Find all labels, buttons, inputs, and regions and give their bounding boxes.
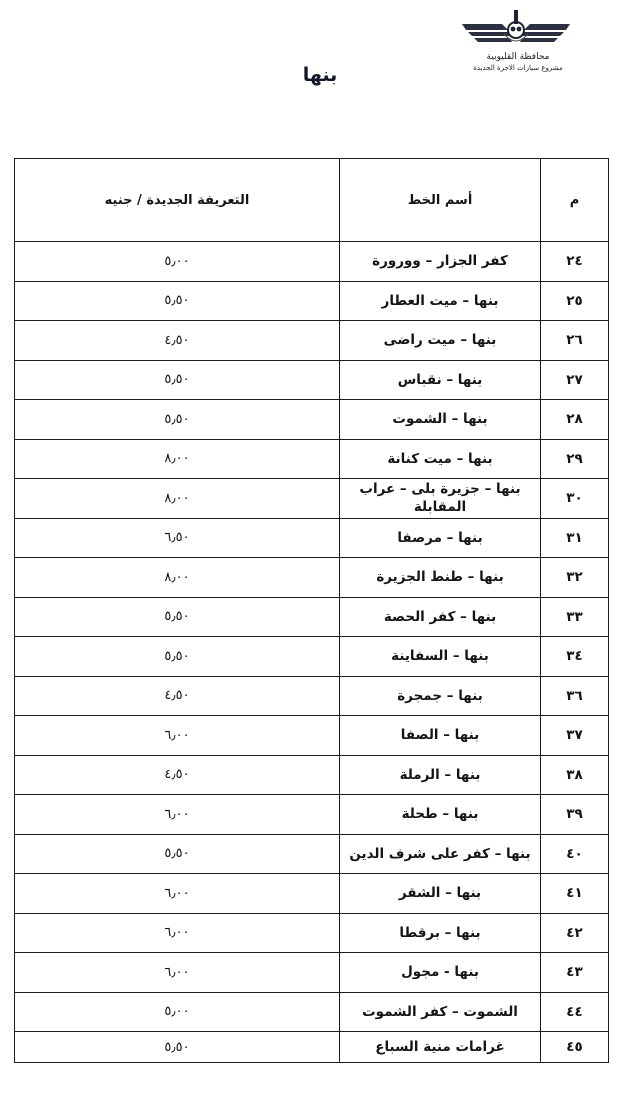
logo-text-project: مشروع سيارات الاجرة الجديدة xyxy=(452,64,584,72)
fare-value: ٦٫٠٠ xyxy=(15,795,340,835)
row-number: ٣٦ xyxy=(541,676,609,716)
logo-text-governorate: محافظة القليوبية xyxy=(458,52,578,62)
line-name: بنها – جمجرة xyxy=(340,676,541,716)
line-name: بنها – كفر الحصة xyxy=(340,597,541,637)
row-number: ٣٠ xyxy=(541,479,609,519)
table-row: ٣٩ بنها – طحلة ٦٫٠٠ xyxy=(15,795,609,835)
table-row: ٢٤ كفر الجزار – وورورة ٥٫٠٠ xyxy=(15,242,609,282)
page-title: بنها xyxy=(280,64,360,86)
table-row: ٣٢ بنها – طنط الجزيرة ٨٫٠٠ xyxy=(15,558,609,598)
fare-value: ٨٫٠٠ xyxy=(15,439,340,479)
row-number: ٢٤ xyxy=(541,242,609,282)
line-name: بنها – الشقر xyxy=(340,874,541,914)
table-row: ٣١ بنها – مرصفا ٦٫٥٠ xyxy=(15,518,609,558)
table-row: ٤٢ بنها – برقطا ٦٫٠٠ xyxy=(15,913,609,953)
line-name: بنها – الرملة xyxy=(340,755,541,795)
fare-value: ٥٫٠٠ xyxy=(15,242,340,282)
fare-value: ٥٫٥٠ xyxy=(15,360,340,400)
line-name: بنها – طنط الجزيرة xyxy=(340,558,541,598)
row-number: ٣١ xyxy=(541,518,609,558)
line-name: بنها – الصفا xyxy=(340,716,541,756)
table-row: ٢٥ بنها – ميت العطار ٥٫٥٠ xyxy=(15,281,609,321)
fare-value: ٦٫٠٠ xyxy=(15,953,340,993)
line-name: بنها – ميت كنانة xyxy=(340,439,541,479)
row-number: ٢٩ xyxy=(541,439,609,479)
fare-value: ٦٫٠٠ xyxy=(15,716,340,756)
row-number: ٤٥ xyxy=(541,1032,609,1063)
column-header-no: م xyxy=(541,159,609,242)
line-name: بنها – ميت راضى xyxy=(340,321,541,361)
line-name: غرامات منية السباع xyxy=(340,1032,541,1063)
fare-value: ٥٫٥٠ xyxy=(15,834,340,874)
fare-value: ٥٫٠٠ xyxy=(15,992,340,1032)
fare-value: ٦٫٠٠ xyxy=(15,874,340,914)
table-row: ٤٣ بنها - مجول ٦٫٠٠ xyxy=(15,953,609,993)
row-number: ٣٣ xyxy=(541,597,609,637)
fare-value: ٥٫٥٠ xyxy=(15,1032,340,1063)
column-header-fare: التعريفة الجديدة / جنيه xyxy=(15,159,340,242)
line-name: الشموت – كفر الشموت xyxy=(340,992,541,1032)
row-number: ٤٤ xyxy=(541,992,609,1032)
table-row: ٣٤ بنها – السفاينة ٥٫٥٠ xyxy=(15,637,609,677)
row-number: ٢٦ xyxy=(541,321,609,361)
table-row: ٤٤ الشموت – كفر الشموت ٥٫٠٠ xyxy=(15,992,609,1032)
line-name: بنها – طحلة xyxy=(340,795,541,835)
line-name: بنها – السفاينة xyxy=(340,637,541,677)
row-number: ٣٧ xyxy=(541,716,609,756)
row-number: ٣٤ xyxy=(541,637,609,677)
row-number: ٢٨ xyxy=(541,400,609,440)
line-name: بنها - مجول xyxy=(340,953,541,993)
line-name: بنها – جزيرة بلى – عراب المقابلة xyxy=(340,479,541,519)
line-name: بنها – الشموت xyxy=(340,400,541,440)
row-number: ٢٧ xyxy=(541,360,609,400)
table-row: ٣٨ بنها – الرملة ٤٫٥٠ xyxy=(15,755,609,795)
table-row: ٢٨ بنها – الشموت ٥٫٥٠ xyxy=(15,400,609,440)
table-row: ٣٣ بنها – كفر الحصة ٥٫٥٠ xyxy=(15,597,609,637)
fare-value: ٦٫٠٠ xyxy=(15,913,340,953)
line-name: كفر الجزار – وورورة xyxy=(340,242,541,282)
fare-value: ٤٫٥٠ xyxy=(15,676,340,716)
table-header-row: م أسم الخط التعريفة الجديدة / جنيه xyxy=(15,159,609,242)
line-name: بنها – كفر على شرف الدين xyxy=(340,834,541,874)
row-number: ٤١ xyxy=(541,874,609,914)
row-number: ٤٣ xyxy=(541,953,609,993)
table-row: ٢٧ بنها – نقباس ٥٫٥٠ xyxy=(15,360,609,400)
table-row: ٣٧ بنها – الصفا ٦٫٠٠ xyxy=(15,716,609,756)
table-row: ٢٦ بنها – ميت راضى ٤٫٥٠ xyxy=(15,321,609,361)
row-number: ٢٥ xyxy=(541,281,609,321)
line-name: بنها – ميت العطار xyxy=(340,281,541,321)
row-number: ٤٢ xyxy=(541,913,609,953)
row-number: ٣٢ xyxy=(541,558,609,598)
fare-value: ٥٫٥٠ xyxy=(15,281,340,321)
table-row: ٣٠ بنها – جزيرة بلى – عراب المقابلة ٨٫٠٠ xyxy=(15,479,609,519)
table-row: ٣٦ بنها – جمجرة ٤٫٥٠ xyxy=(15,676,609,716)
row-number: ٣٨ xyxy=(541,755,609,795)
fare-value: ٦٫٥٠ xyxy=(15,518,340,558)
fare-value: ٥٫٥٠ xyxy=(15,637,340,677)
table-row: ٤٥ غرامات منية السباع ٥٫٥٠ xyxy=(15,1032,609,1063)
fare-value: ٤٫٥٠ xyxy=(15,755,340,795)
table-row: ٤١ بنها – الشقر ٦٫٠٠ xyxy=(15,874,609,914)
line-name: بنها – نقباس xyxy=(340,360,541,400)
row-number: ٣٩ xyxy=(541,795,609,835)
table-row: ٢٩ بنها – ميت كنانة ٨٫٠٠ xyxy=(15,439,609,479)
line-name: بنها – مرصفا xyxy=(340,518,541,558)
column-header-line: أسم الخط xyxy=(340,159,541,242)
fare-value: ٥٫٥٠ xyxy=(15,597,340,637)
line-name: بنها – برقطا xyxy=(340,913,541,953)
fare-value: ٨٫٠٠ xyxy=(15,558,340,598)
fare-value: ٨٫٠٠ xyxy=(15,479,340,519)
table-row: ٤٠ بنها – كفر على شرف الدين ٥٫٥٠ xyxy=(15,834,609,874)
fare-value: ٥٫٥٠ xyxy=(15,400,340,440)
fare-value: ٤٫٥٠ xyxy=(15,321,340,361)
fares-table: م أسم الخط التعريفة الجديدة / جنيه ٢٤ كف… xyxy=(14,158,609,1063)
row-number: ٤٠ xyxy=(541,834,609,874)
